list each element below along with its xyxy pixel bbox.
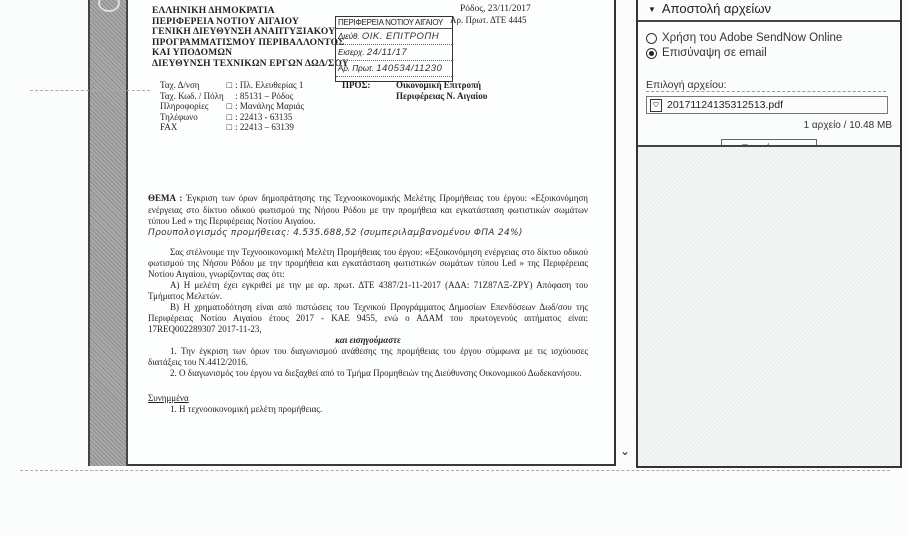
radio-button-selected[interactable] xyxy=(646,48,657,59)
date-line: Ρόδος, 23/11/2017 xyxy=(460,4,531,14)
radio-sendnow[interactable]: Χρήση του Adobe SendNow Online xyxy=(646,32,900,44)
vertical-scrollbar[interactable]: ⌄ xyxy=(614,0,638,466)
pdf-page: ΕΛΛΗΝΙΚΗ ΔΗΜΟΚΡΑΤΙΑ ΠΕΡΙΦΕΡΕΙΑ ΝΟΤΙΟΥ ΑΙ… xyxy=(130,0,600,458)
file-name: 20171124135312513.pdf xyxy=(667,97,783,113)
radio-email[interactable]: Επισύναψη σε email xyxy=(646,47,900,59)
panel-empty-area xyxy=(638,145,900,466)
recipient: Οικονομική Επιτροπή Περιφέρειας Ν. Αιγαί… xyxy=(396,80,487,102)
to-label: ΠΡΟΣ: xyxy=(342,80,370,90)
letterhead: ΕΛΛΗΝΙΚΗ ΔΗΜΟΚΡΑΤΙΑ ΠΕΡΙΦΕΡΕΙΑ ΝΟΤΙΟΥ ΑΙ… xyxy=(152,6,349,69)
file-select-label: Επιλογή αρχείου: xyxy=(646,79,886,92)
subject: ΘΕΜΑ : Έγκριση των όρων δημοπράτησης της… xyxy=(148,193,588,239)
contact-details: Ταχ. Δ/νση□: Πλ. Ελευθερίας 1 Ταχ. Κωδ. … xyxy=(160,80,307,133)
header-line: ΠΕΡΙΦΕΡΕΙΑ ΝΟΤΙΟΥ ΑΙΓΑΙΟΥ xyxy=(152,17,349,28)
pdf-file-icon: ⛉ xyxy=(650,99,662,112)
paragraph: Α) Η μελέτη έχει εγκριθεί με την με αρ. … xyxy=(148,280,588,302)
handwritten-note: Προυπολογισμός προμήθειας: 4.535.688,52 … xyxy=(148,228,588,240)
body-text: Σας στέλνουμε την Τεχνοοικονομική Μελέτη… xyxy=(148,247,588,415)
file-list[interactable]: ⛉ 20171124135312513.pdf xyxy=(646,96,888,114)
stamp-row: Αρ. Πρωτ. 140534/11230 xyxy=(336,61,452,77)
paragraph: και εισηγούμαστε xyxy=(148,335,588,346)
paragraph: Β) Η χρηματοδότηση είναι από πιστώσεις τ… xyxy=(148,302,588,335)
thumbnail-strip xyxy=(88,0,128,466)
file-meta: 1 αρχείο / 10.48 MB xyxy=(638,120,892,131)
contact-row: Ταχ. Κωδ. / Πόλη: 85131 – Ρόδος xyxy=(160,91,307,102)
chevron-down-icon[interactable]: ⌄ xyxy=(620,444,630,458)
scan-artifact-line xyxy=(20,470,890,471)
contact-row: Ταχ. Δ/νση□: Πλ. Ελευθερίας 1 xyxy=(160,80,307,91)
paragraph: 2. Ο διαγωνισμός του έργου να διεξαχθεί … xyxy=(148,368,588,379)
protocol-stamp: ΠΕΡΙΦΕΡΕΙΑ ΝΟΤΙΟΥ ΑΙΓΑΙΟΥ Διεύθ. ΟΙΚ. ΕΠ… xyxy=(335,16,453,82)
stamp-title: ΠΕΡΙΦΕΡΕΙΑ ΝΟΤΙΟΥ ΑΙΓΑΙΟΥ xyxy=(336,17,452,29)
scan-artifact-line xyxy=(30,90,150,91)
contact-row: Πληροφορίες□: Μανάλης Μαριάς xyxy=(160,101,307,112)
attachments-heading: Συνημμένα xyxy=(148,393,588,404)
contact-row: FAX□: 22413 – 63139 xyxy=(160,122,307,133)
stamp-row: Εισερχ. 24/11/17 xyxy=(336,45,452,61)
header-line: ΔΙΕΥΘΥΝΣΗ ΤΕΧΝΙΚΩΝ ΕΡΓΩΝ ΔΩΔ/ΣΟΥ xyxy=(152,59,349,70)
header-line: ΕΛΛΗΝΙΚΗ ΔΗΜΟΚΡΑΤΙΑ xyxy=(152,6,349,17)
collapse-triangle-icon: ▼ xyxy=(648,5,656,14)
header-line: ΚΑΙ ΥΠΟΔΟΜΩΝ xyxy=(152,48,349,59)
attachment-item: 1. Η τεχνοοικονομική μελέτη προμήθειας. xyxy=(148,404,588,415)
stamp-row: Διεύθ. ΟΙΚ. ΕΠΙΤΡΟΠΗ xyxy=(336,29,452,45)
contact-row: Τηλέφωνο□: 22413 - 63135 xyxy=(160,112,307,123)
paragraph: 1. Την έγκριση των όρων του διαγωνισμού … xyxy=(148,346,588,368)
section-header[interactable]: ▼Αποστολή αρχείων xyxy=(638,0,900,22)
protocol-number: Αρ. Πρωτ. ΔΤΕ 4445 xyxy=(450,15,526,25)
header-line: ΓΕΝΙΚΗ ΔΙΕΥΘΥΝΣΗ ΑΝΑΠΤΥΞΙΑΚΟΥ xyxy=(152,27,349,38)
header-line: ΠΡΟΓΡΑΜΜΑΤΙΣΜΟΥ ΠΕΡΙΒΑΛΛΟΝΤΟΣ xyxy=(152,38,349,49)
radio-button[interactable] xyxy=(646,33,657,44)
paragraph: Σας στέλνουμε την Τεχνοοικονομική Μελέτη… xyxy=(148,247,588,280)
send-files-panel: ▼Αποστολή αρχείων Χρήση του Adobe SendNo… xyxy=(636,0,902,468)
